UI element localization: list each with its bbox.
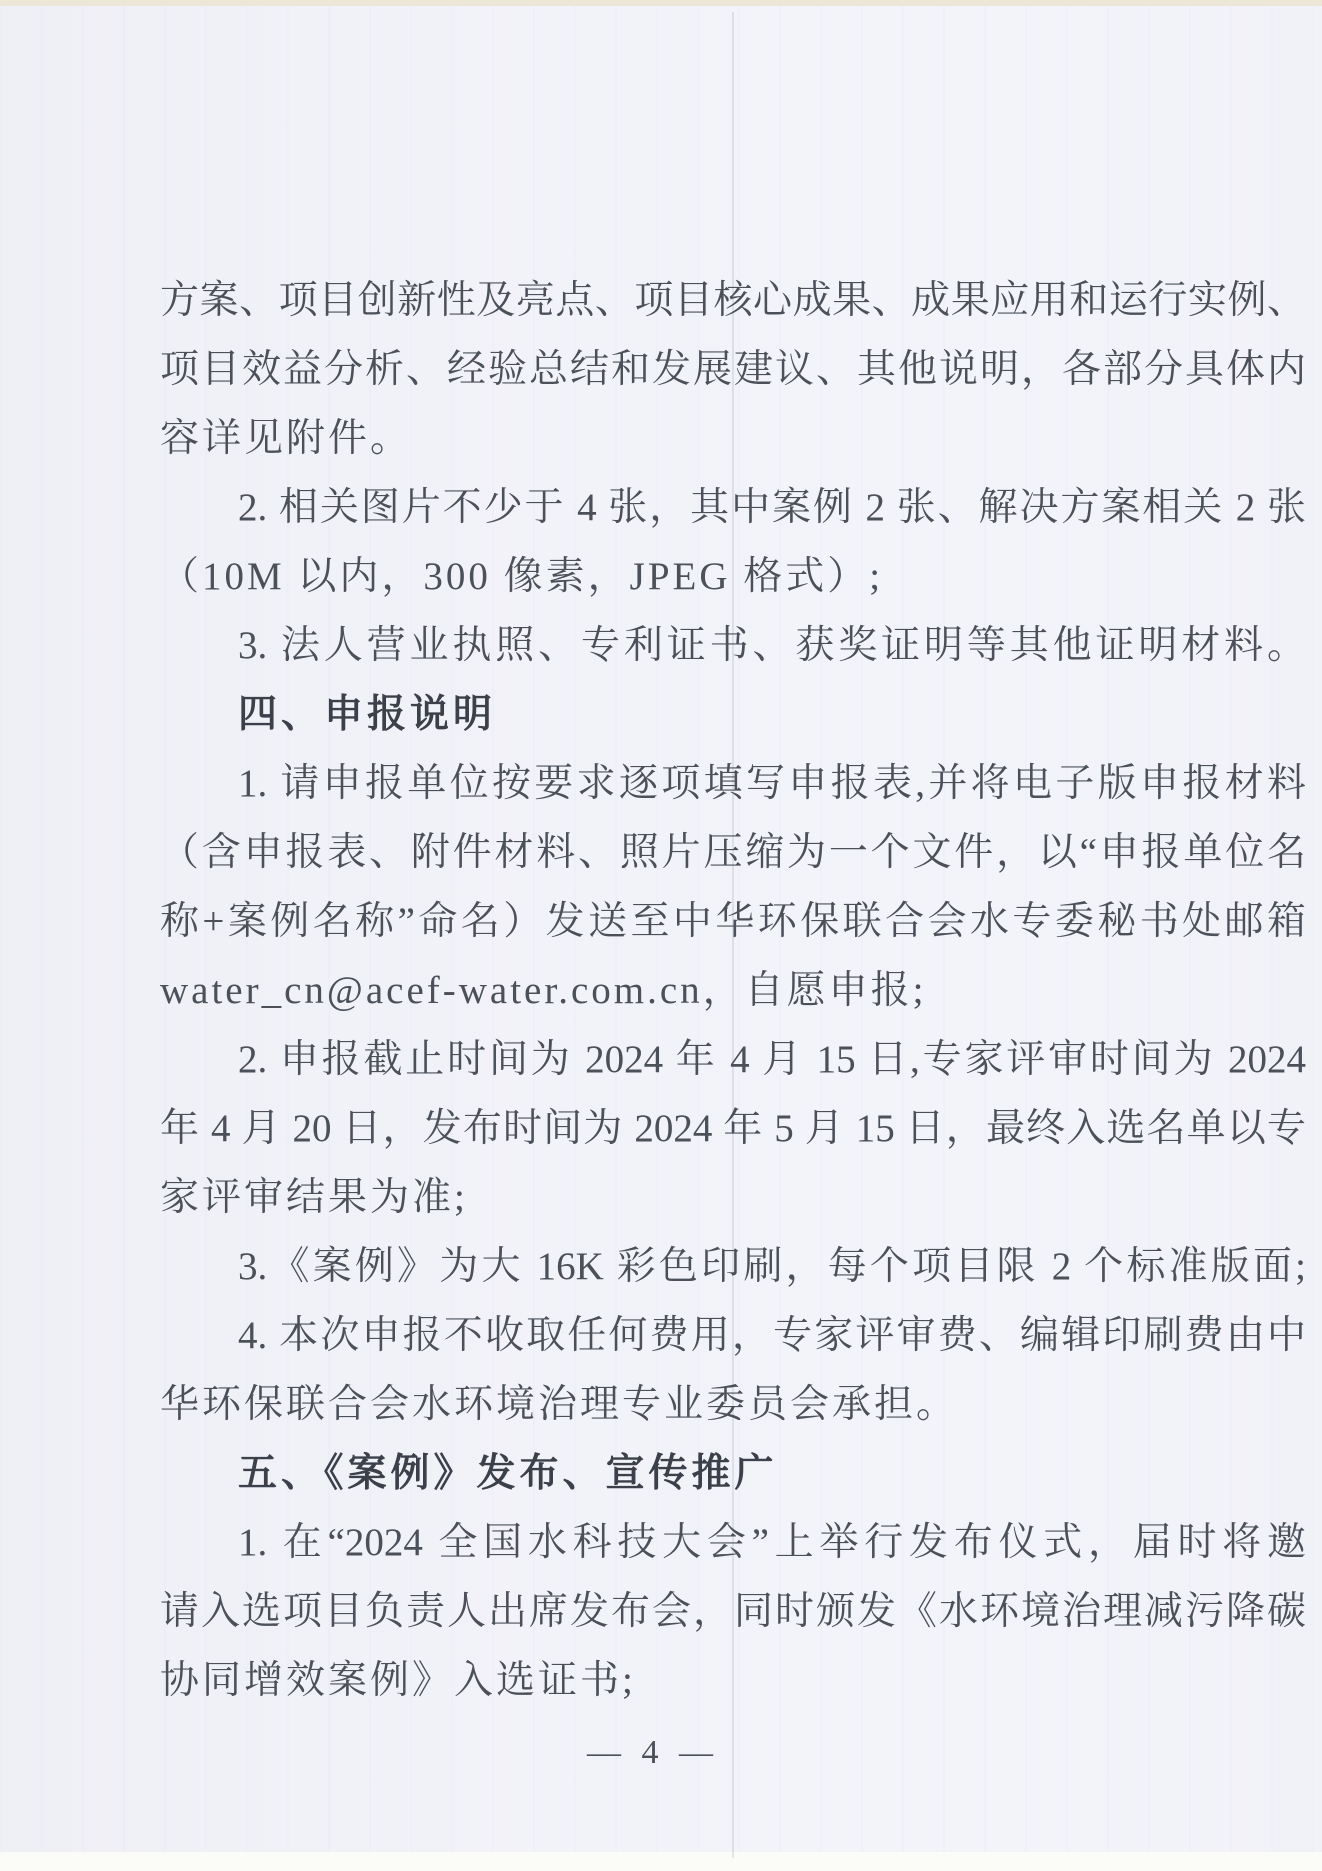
text-line-item-1: 1. 在“2024 全国水科技大会”上举行发布仪式，届时将邀 (160, 1508, 1306, 1577)
section-heading-4: 四、申报说明 (160, 680, 1306, 749)
text-line: 协同增效案例》入选证书; (160, 1646, 1306, 1715)
text-line-item-2: 2. 申报截止时间为 2024 年 4 月 15 日,专家评审时间为 2024 (160, 1025, 1306, 1094)
text-line: 家评审结果为准; (160, 1163, 1306, 1232)
text-line-item-2: 2. 相关图片不少于 4 张，其中案例 2 张、解决方案相关 2 张 (160, 473, 1306, 542)
text-line: 方案、项目创新性及亮点、项目核心成果、成果应用和运行实例、 (160, 266, 1306, 335)
page-number: — 4 — (0, 1718, 1306, 1787)
text-line: 称+案例名称”命名）发送至中华环保联合会水专委秘书处邮箱 (160, 887, 1306, 956)
text-line-item-4: 4. 本次申报不收取任何费用，专家评审费、编辑印刷费由中 (160, 1301, 1306, 1370)
text-line: 项目效益分析、经验总结和发展建议、其他说明，各部分具体内 (160, 335, 1306, 404)
text-line: 华环保联合会水环境治理专业委员会承担。 (160, 1370, 1306, 1439)
text-line-item-3: 3. 法人营业执照、专利证书、获奖证明等其他证明材料。 (160, 611, 1306, 680)
text-line-email: water_cn@acef-water.com.cn，自愿申报; (160, 956, 1306, 1025)
document-text-block: 方案、项目创新性及亮点、项目核心成果、成果应用和运行实例、 项目效益分析、经验总… (160, 266, 1306, 1715)
document-page: 方案、项目创新性及亮点、项目核心成果、成果应用和运行实例、 项目效益分析、经验总… (0, 6, 1322, 1852)
text-line: 请入选项目负责人出席发布会，同时颁发《水环境治理减污降碳 (160, 1577, 1306, 1646)
text-line: （含申报表、附件材料、照片压缩为一个文件，以“申报单位名 (160, 818, 1306, 887)
text-line: （10M 以内，300 像素，JPEG 格式）; (160, 542, 1306, 611)
section-heading-5: 五、《案例》发布、宣传推广 (160, 1439, 1306, 1508)
text-line-item-3: 3.《案例》为大 16K 彩色印刷，每个项目限 2 个标准版面; (160, 1232, 1306, 1301)
scanned-document: 方案、项目创新性及亮点、项目核心成果、成果应用和运行实例、 项目效益分析、经验总… (0, 0, 1322, 1871)
text-line-item-1: 1. 请申报单位按要求逐项填写申报表,并将电子版申报材料 (160, 749, 1306, 818)
text-line: 容详见附件。 (160, 404, 1306, 473)
text-line: 年 4 月 20 日，发布时间为 2024 年 5 月 15 日，最终入选名单以… (160, 1094, 1306, 1163)
